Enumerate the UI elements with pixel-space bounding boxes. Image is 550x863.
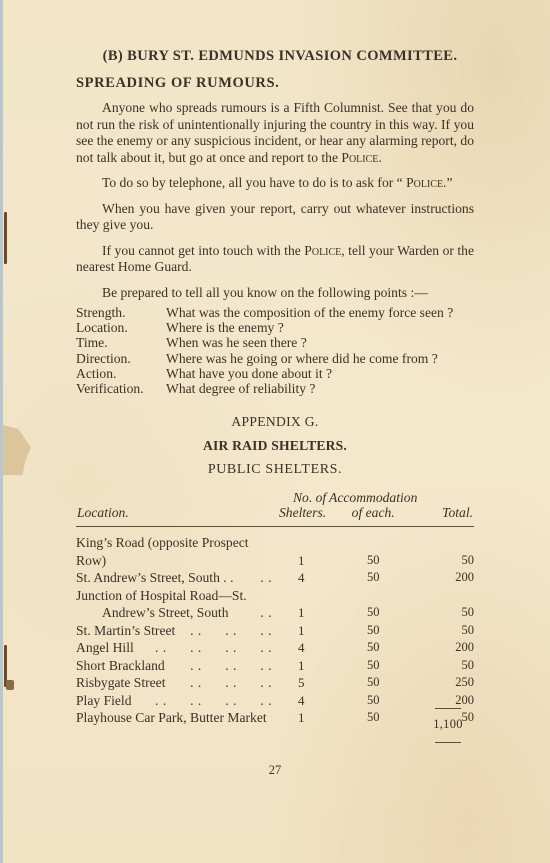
paragraph-text: To do so by telephone, all you have to d… <box>102 175 406 190</box>
cell-location: Short Brackland . . . . . . <box>76 657 278 675</box>
point-question: Where was he going or where did he come … <box>166 351 438 366</box>
leader-dots: . . . . . . . . <box>155 639 272 657</box>
point-label: Location. <box>76 320 166 335</box>
point-strength: Strength. What was the composition of th… <box>76 305 474 320</box>
table-row: St. Martin’s Street . . . . . . 1 50 50 <box>76 622 474 640</box>
point-action: Action. What have you done about it ? <box>76 366 474 381</box>
grand-total: 1,100 <box>433 717 463 732</box>
point-question: What have you done about it ? <box>166 366 332 381</box>
point-question: Where is the enemy ? <box>166 320 284 335</box>
location-text: Andrew’s Street, South <box>102 605 229 620</box>
point-time: Time. When was he seen there ? <box>76 335 474 350</box>
cell-accommodation: 50 <box>327 569 419 587</box>
cell-shelters: 4 <box>278 692 327 710</box>
point-location: Location. Where is the enemy ? <box>76 320 474 335</box>
cell-total: 50 <box>419 622 474 640</box>
cell-total: 250 <box>419 674 474 692</box>
public-shelters-title: PUBLIC SHELTERS. <box>76 462 474 478</box>
leader-dots: . . <box>260 604 272 622</box>
location-text: St. Martin’s Street <box>76 623 175 638</box>
point-verification: Verification. What degree of reliability… <box>76 381 474 396</box>
total-rule-top <box>435 708 461 709</box>
location-text: Play Field <box>76 693 132 708</box>
leader-dots: . . . . . . <box>190 657 272 675</box>
point-label: Strength. <box>76 305 166 320</box>
table-row: Playhouse Car Park, Butter Market 1 50 5… <box>76 709 474 727</box>
grand-total-block: 1,100 <box>433 708 463 743</box>
rust-spot <box>6 680 14 690</box>
cell-location: Angel Hill . . . . . . . . <box>76 639 278 657</box>
cell-location: King’s Road (opposite Prospect Row) <box>76 527 278 570</box>
cell-total: 200 <box>419 639 474 657</box>
cell-shelters: 1 <box>278 657 327 675</box>
point-question: What degree of reliability ? <box>166 381 315 396</box>
point-label: Verification. <box>76 381 166 396</box>
page-edge <box>0 0 3 863</box>
public-shelters-table: Location. No. of Shelters. Accommodation… <box>76 489 474 727</box>
paragraph-text: Anyone who spreads rumours is a Fifth Co… <box>76 100 474 165</box>
page-number: 27 <box>0 763 550 778</box>
cell-accommodation: 50 <box>327 674 419 692</box>
point-label: Action. <box>76 366 166 381</box>
cell-total: 50 <box>419 657 474 675</box>
cell-accommodation: 50 <box>327 639 419 657</box>
section-title: SPREADING OF RUMOURS. <box>76 75 474 92</box>
table-row: Play Field . . . . . . . . 4 50 200 <box>76 692 474 710</box>
police-smallcaps: Police <box>406 175 443 190</box>
table-row: St. Andrew’s Street, South . . . . 4 50 … <box>76 569 474 587</box>
table-row: Risbygate Street . . . . . . 5 50 250 <box>76 674 474 692</box>
leader-dots: . . . . . . <box>190 622 272 640</box>
cell-shelters: 5 <box>278 674 327 692</box>
location-text: St. Andrew’s Street, South . . <box>76 570 233 585</box>
air-raid-shelters-title: AIR RAID SHELTERS. <box>76 438 474 454</box>
cell-accommodation: 50 <box>327 657 419 675</box>
cell-accommodation: 50 <box>327 622 419 640</box>
total-rule-bottom <box>435 742 461 743</box>
paragraph-warden: If you cannot get into touch with the Po… <box>76 243 474 276</box>
paragraph-text: . <box>378 150 381 165</box>
binding-staple-mark <box>4 212 7 264</box>
header-text: Accommodation <box>329 490 417 505</box>
leader-dots: . . <box>260 569 272 587</box>
cell-shelters: 1 <box>278 527 327 570</box>
location-text: Junction of Hospital Road—St. <box>76 588 247 603</box>
leader-dots: . . . . . . <box>190 674 272 692</box>
point-direction: Direction. Where was he going or where d… <box>76 351 474 366</box>
cell-total: 200 <box>419 569 474 587</box>
cell-location: Junction of Hospital Road—St. Andrew’s S… <box>76 587 278 622</box>
paragraph-rumours: Anyone who spreads rumours is a Fifth Co… <box>76 100 474 166</box>
header-num-shelters: No. of Shelters. <box>278 489 327 527</box>
table-row: King’s Road (opposite Prospect Row) 1 50… <box>76 527 474 570</box>
cell-shelters: 1 <box>278 709 327 727</box>
cell-total: 50 <box>419 587 474 622</box>
leader-dots: . . . . . . . . <box>155 692 272 710</box>
cell-location: St. Andrew’s Street, South . . . . <box>76 569 278 587</box>
cell-location: St. Martin’s Street . . . . . . <box>76 622 278 640</box>
paragraph-be-prepared: Be prepared to tell all you know on the … <box>76 285 474 302</box>
table-row: Short Brackland . . . . . . 1 50 50 <box>76 657 474 675</box>
location-text: Risbygate Street <box>76 675 165 690</box>
location-text: Short Brackland <box>76 658 165 673</box>
cell-total: 200 <box>419 692 474 710</box>
report-points-list: Strength. What was the composition of th… <box>76 305 474 396</box>
cell-accommodation: 50 <box>327 692 419 710</box>
cell-accommodation: 50 <box>327 709 419 727</box>
header-location: Location. <box>76 489 278 527</box>
point-question: When was he seen there ? <box>166 335 307 350</box>
cell-location: Playhouse Car Park, Butter Market <box>76 709 278 727</box>
header-accommodation: Accommodation of each. <box>327 489 419 527</box>
header-text: No. of <box>293 490 326 505</box>
table-row: Junction of Hospital Road—St. Andrew’s S… <box>76 587 474 622</box>
page-content: (B) BURY ST. EDMUNDS INVASION COMMITTEE.… <box>76 48 474 727</box>
committee-heading: (B) BURY ST. EDMUNDS INVASION COMMITTEE. <box>76 48 474 65</box>
cell-accommodation: 50 <box>327 587 419 622</box>
cell-shelters: 1 <box>278 587 327 622</box>
point-label: Direction. <box>76 351 166 366</box>
cell-location: Risbygate Street . . . . . . <box>76 674 278 692</box>
paragraph-instructions: When you have given your report, carry o… <box>76 201 474 234</box>
appendix-title: APPENDIX G. <box>76 414 474 430</box>
header-text: Shelters. <box>279 505 326 520</box>
header-total: Total. <box>419 489 474 527</box>
table-row: Angel Hill . . . . . . . . 4 50 200 <box>76 639 474 657</box>
paragraph-text: If you cannot get into touch with the <box>102 243 304 258</box>
cell-shelters: 4 <box>278 569 327 587</box>
police-smallcaps: Police <box>341 150 378 165</box>
cell-shelters: 4 <box>278 639 327 657</box>
cell-location: Play Field . . . . . . . . <box>76 692 278 710</box>
police-smallcaps: Police <box>304 243 341 258</box>
paragraph-text: .” <box>443 175 452 190</box>
header-text: of each. <box>352 505 395 520</box>
location-text: Angel Hill <box>76 640 134 655</box>
cell-accommodation: 50 <box>327 527 419 570</box>
cell-total: 50 <box>419 527 474 570</box>
point-label: Time. <box>76 335 166 350</box>
table-header-row: Location. No. of Shelters. Accommodation… <box>76 489 474 527</box>
point-question: What was the composition of the enemy fo… <box>166 305 453 320</box>
cell-shelters: 1 <box>278 622 327 640</box>
location-continuation: Andrew’s Street, South . . <box>76 604 278 622</box>
paragraph-telephone: To do so by telephone, all you have to d… <box>76 175 474 192</box>
